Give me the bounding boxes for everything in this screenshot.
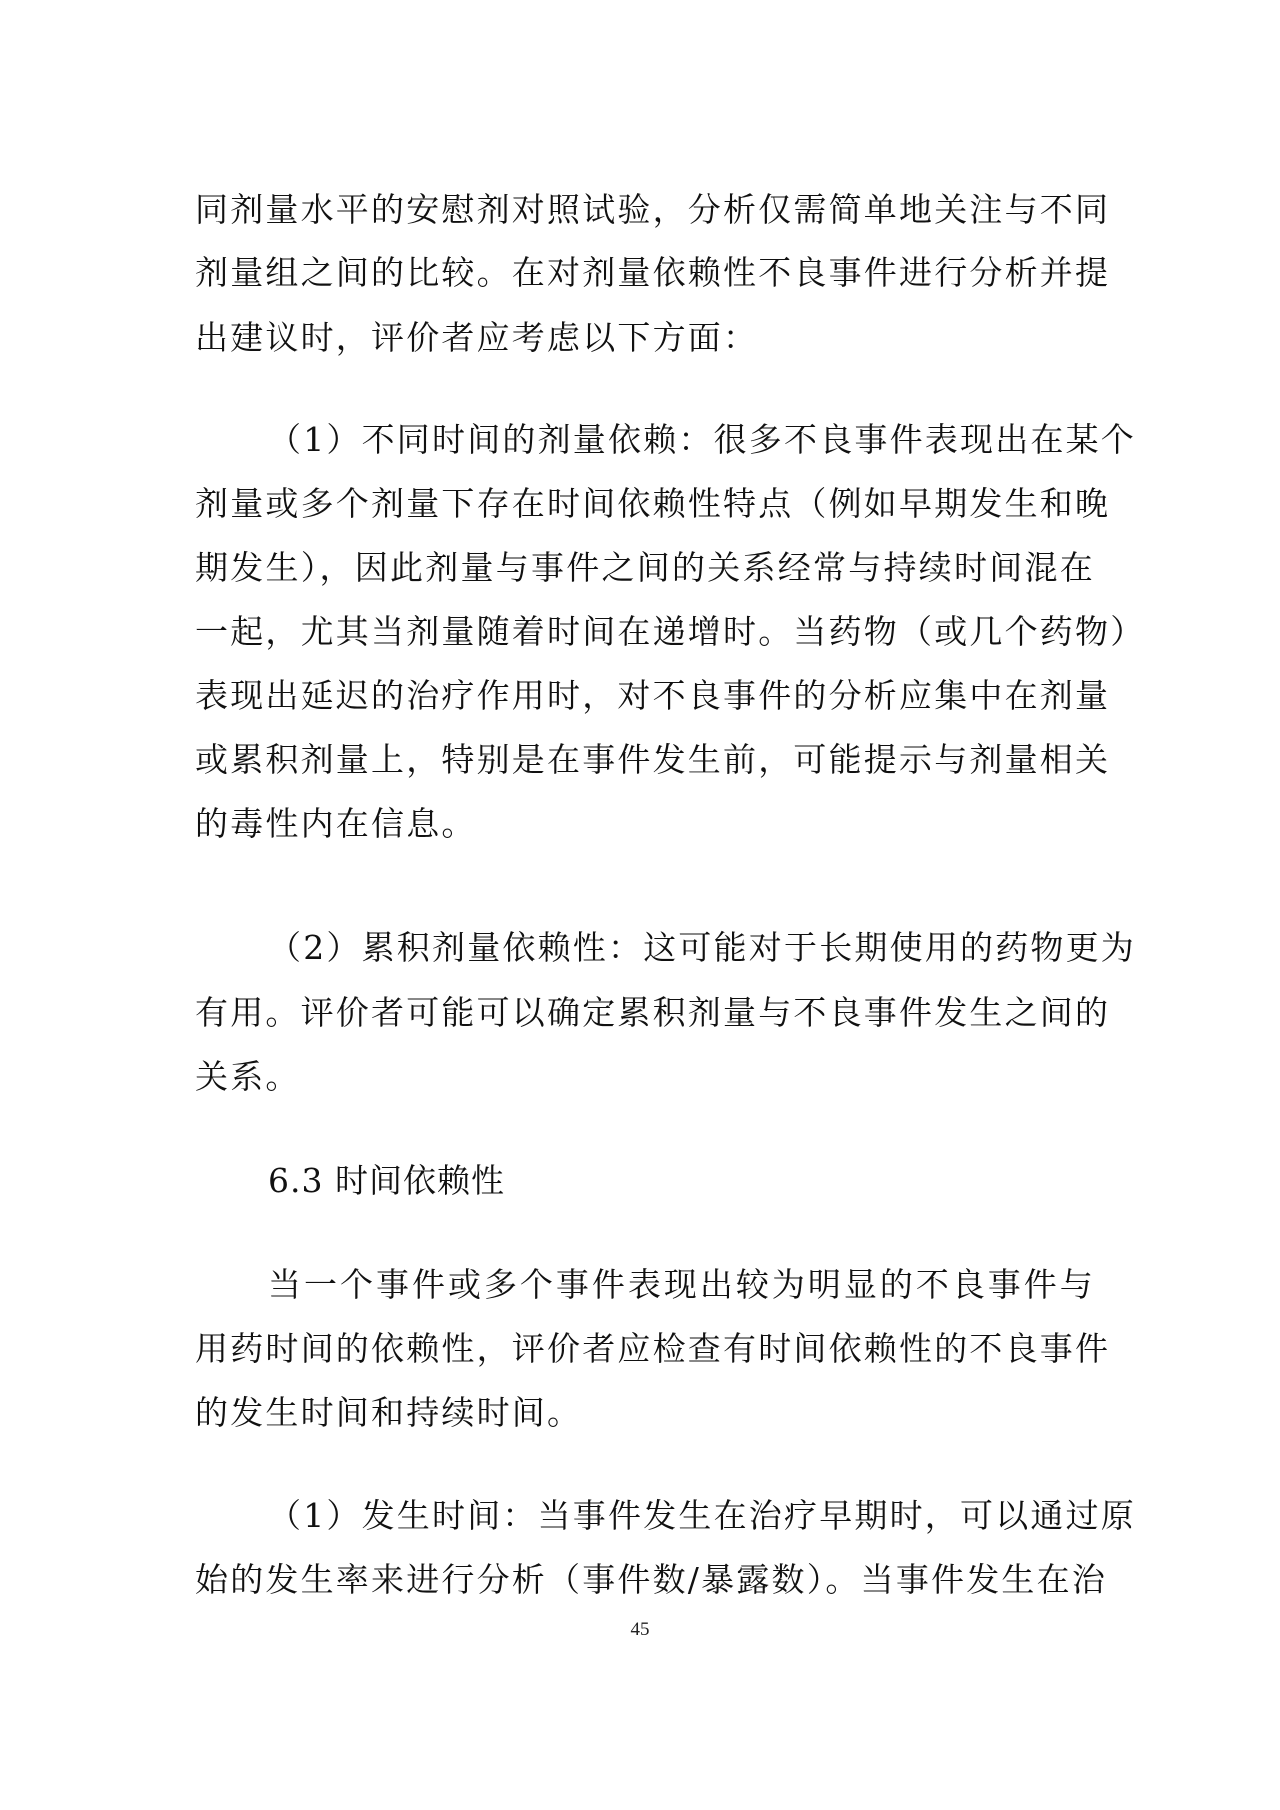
document-page: 同剂量水平的安慰剂对照试验，分析仅需简单地关注与不同 剂量组之间的比较。在对剂量… xyxy=(0,0,1280,1810)
text-line: 始的发生率来进行分析（事件数/暴露数）。当事件发生在治 xyxy=(195,1560,1095,1600)
text-line: 当一个事件或多个事件表现出较为明显的不良事件与 xyxy=(268,1265,1095,1305)
text-line: （2）累积剂量依赖性：这可能对于长期使用的药物更为 xyxy=(268,928,1095,968)
page-number: 45 xyxy=(0,1618,1280,1642)
text-line: 的发生时间和持续时间。 xyxy=(195,1393,1095,1433)
text-line: 出建议时，评价者应考虑以下方面： xyxy=(195,318,1095,358)
text-line: 表现出延迟的治疗作用时，对不良事件的分析应集中在剂量 xyxy=(195,676,1095,716)
text-line: 一起，尤其当剂量随着时间在递增时。当药物（或几个药物） xyxy=(195,612,1095,652)
text-line: 剂量或多个剂量下存在时间依赖性特点（例如早期发生和晚 xyxy=(195,484,1095,524)
text-line: 剂量组之间的比较。在对剂量依赖性不良事件进行分析并提 xyxy=(195,253,1095,293)
text-line: 或累积剂量上，特别是在事件发生前，可能提示与剂量相关 xyxy=(195,740,1095,780)
section-heading-6-3: 6.3 时间依赖性 xyxy=(268,1161,505,1201)
text-line: 同剂量水平的安慰剂对照试验，分析仅需简单地关注与不同 xyxy=(195,190,1095,230)
text-line: 关系。 xyxy=(195,1057,1095,1097)
text-line: 的毒性内在信息。 xyxy=(195,804,1095,844)
text-line: （1）发生时间：当事件发生在治疗早期时，可以通过原 xyxy=(268,1496,1095,1536)
text-line: 用药时间的依赖性，评价者应检查有时间依赖性的不良事件 xyxy=(195,1329,1095,1369)
text-line: 有用。评价者可能可以确定累积剂量与不良事件发生之间的 xyxy=(195,993,1095,1033)
text-line: 期发生），因此剂量与事件之间的关系经常与持续时间混在 xyxy=(195,548,1095,588)
text-line: （1）不同时间的剂量依赖：很多不良事件表现出在某个 xyxy=(268,420,1095,460)
